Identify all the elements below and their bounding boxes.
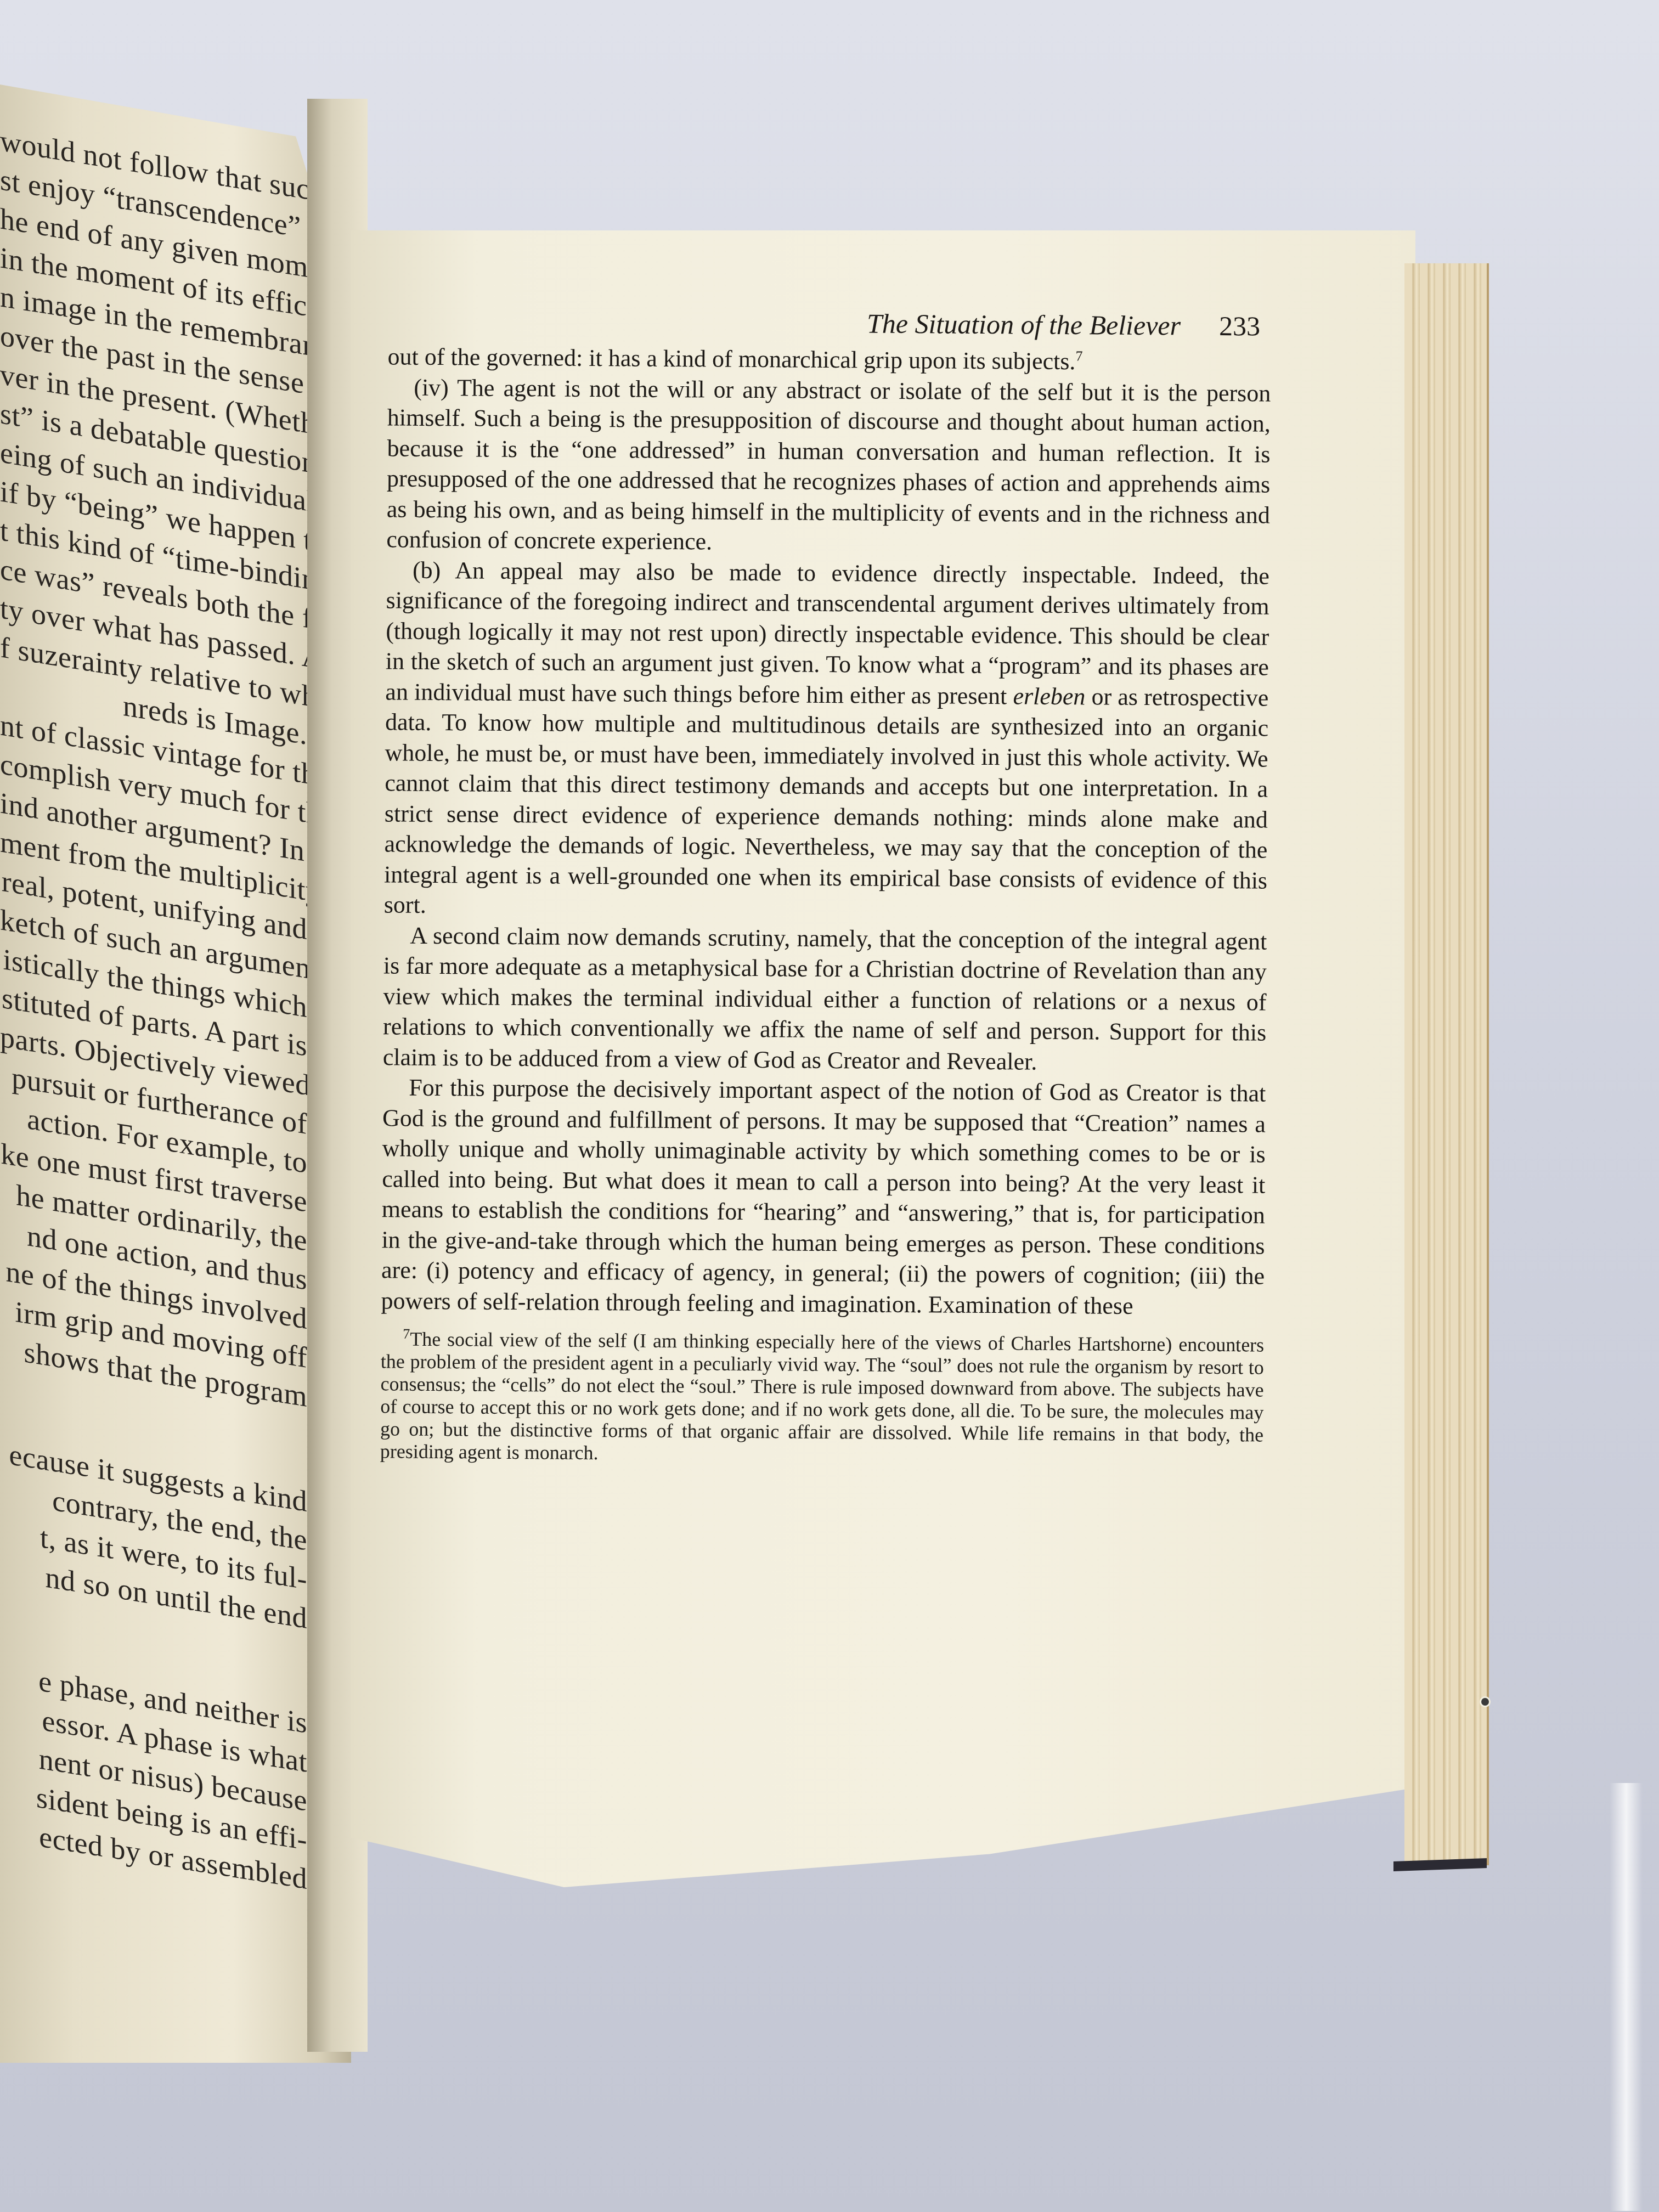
paragraph: A second claim now demands scrutiny, nam… bbox=[383, 920, 1267, 1079]
paragraph: (iv) The agent is not the will or any ab… bbox=[386, 372, 1271, 561]
paragraph: (b) An appeal may also be made to eviden… bbox=[384, 555, 1270, 926]
body-text: out of the governed: it has a kind of mo… bbox=[381, 341, 1271, 1322]
paragraph: For this purpose the decisively importan… bbox=[381, 1072, 1266, 1322]
right-page-text-block: The Situation of the Believer 233 out of… bbox=[380, 304, 1272, 1469]
left-page-text: would not follow that such ast enjoy “tr… bbox=[0, 121, 307, 1899]
chapter-title: The Situation of the Believer bbox=[867, 307, 1181, 341]
running-head: The Situation of the Believer 233 bbox=[388, 304, 1271, 342]
emphasis: erleben bbox=[1013, 682, 1085, 710]
footnote-text: The social view of the self (I am thinki… bbox=[380, 1328, 1265, 1464]
footnote-reference[interactable]: 7 bbox=[1075, 348, 1082, 364]
pin-dot bbox=[1481, 1698, 1489, 1706]
left-page: would not follow that such ast enjoy “tr… bbox=[0, 77, 351, 2063]
light-reflection bbox=[1610, 1783, 1643, 2211]
page-edges bbox=[1404, 263, 1489, 1865]
page-number: 233 bbox=[1219, 310, 1260, 342]
footnote: 7The social view of the self (I am think… bbox=[380, 1328, 1265, 1469]
footnote-marker: 7 bbox=[403, 1326, 410, 1342]
